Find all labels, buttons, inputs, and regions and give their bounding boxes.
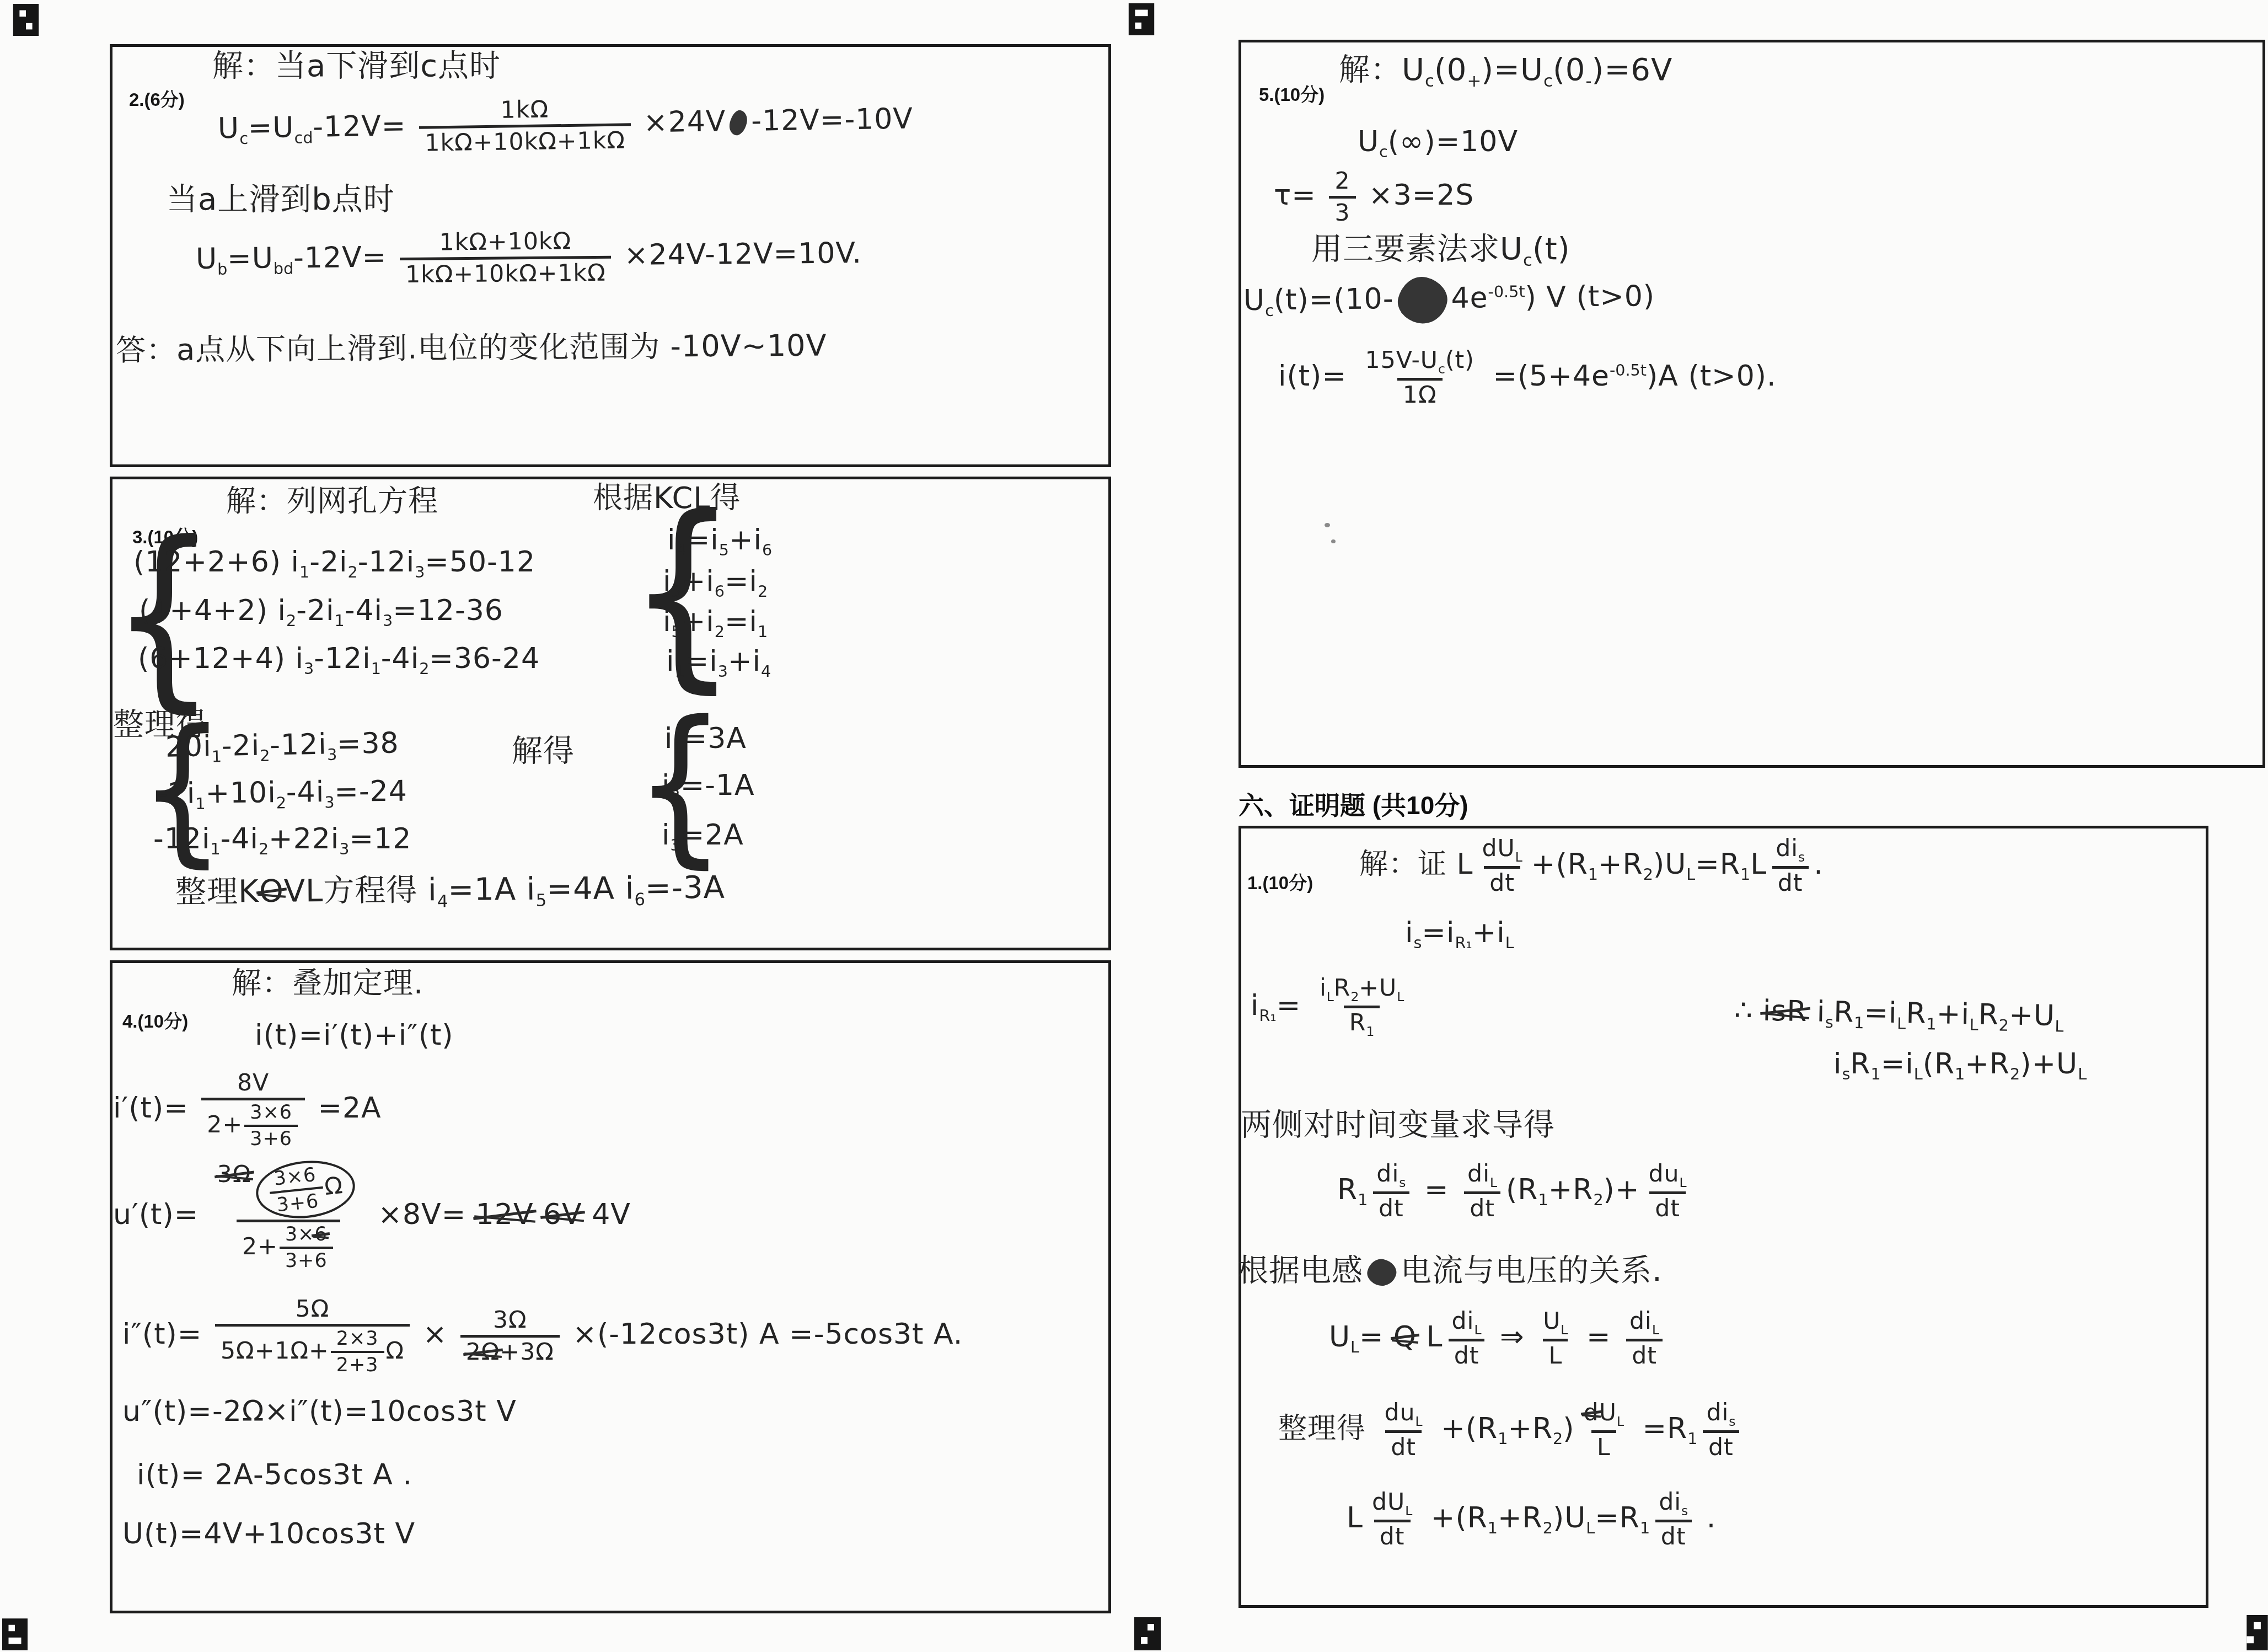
ink-scribble <box>728 109 750 137</box>
question-4-label: 4.(10分) <box>122 1007 188 1033</box>
q5-line-6: i(t)= 15V-Uc(t)1Ω =(5+4e-0.5t)A (t>0). <box>1278 347 1777 408</box>
q4-line-3: i′(t)= 8V2+3×63+6 =2A <box>113 1070 382 1150</box>
q2-line-2: Uc=Ucd-12V= 1kΩ1kΩ+10kΩ+1kΩ ×24V-12V=-10… <box>217 92 913 159</box>
section-heading: 六、证明题 (共10分) <box>1238 785 1468 822</box>
q3-kcl-eq-4: i1=i3+i4 <box>666 645 771 681</box>
proof-question-label: 1.(10分) <box>1247 869 1313 895</box>
proof-line-3-right-2: isR1=iL(R1+R2)+UL <box>1833 1048 2087 1083</box>
answer-box-q4 <box>110 960 1111 1613</box>
q3-simplified-eq-3: -12i1-4i2+22i3=12 <box>153 823 411 858</box>
q4-header: 解：叠加定理. <box>232 966 423 1001</box>
q4-line-6: u″(t)=-2Ω×i″(t)=10cos3t V <box>122 1396 517 1429</box>
proof-line-3-right: ∴ isR isR1=iLR1+iLR2+UL <box>1734 995 2064 1036</box>
q3-mesh-eq-3: (6+12+4) i3-12i1-4i2=36-24 <box>138 643 540 678</box>
q5-line-4: 用三要素法求Uc(t) <box>1311 232 1570 271</box>
q2-line-4: Ub=Ubd-12V= 1kΩ+10kΩ1kΩ+10kΩ+1kΩ ×24V-12… <box>196 226 862 290</box>
q3-kcl-eq-3: i5+i2=i1 <box>663 606 768 641</box>
question-2-label: 2.(6分) <box>129 85 185 111</box>
scanned-exam-page: 六、证明题 (共10分) 2.(6分) 解：当a下滑到c点时 Uc=Ucd-12… <box>0 0 2268 1652</box>
q4-line-4: u′(t)= 3Ω3×63+6Ω2+3×63+6 ×8V= 12V 6V 4V <box>113 1161 631 1272</box>
fiducial-marker-bottom-center <box>1134 1617 1161 1650</box>
q3-simplified-eq-2: -2i1+10i2-4i3=-24 <box>157 776 408 814</box>
q3-solution-i2: i2=-1A <box>662 769 755 805</box>
scan-speckle <box>1331 539 1336 543</box>
q3-kcl-eq-1: i4=i5+i6 <box>667 524 772 559</box>
proof-line-4: 两侧对时间变量求导得 <box>1241 1108 1555 1143</box>
ink-scribble <box>1393 272 1451 328</box>
fiducial-marker-bottom-right <box>2246 1615 2268 1650</box>
q2-line-3: 当a上滑到b点时 <box>167 182 395 217</box>
q3-header: 解：列网孔方程 <box>226 484 438 518</box>
proof-line-5: R1disdt = diLdt(R1+R2)+duLdt <box>1337 1161 1696 1222</box>
q3-kvl-result-line: 整理KOVL方程得 i4=1A i5=4A i6=-3A <box>175 870 726 914</box>
q3-solve-label: 解得 <box>512 734 575 769</box>
question-5-label: 5.(10分) <box>1259 81 1325 106</box>
proof-line-2: is=iR₁+iL <box>1405 917 1514 952</box>
q3-solution-i3: i3=2A <box>662 819 744 854</box>
q5-line-3: τ= 23 ×3=2S <box>1274 168 1474 226</box>
fiducial-marker-top-center <box>1126 3 1157 35</box>
q3-mesh-eq-2: (4+4+2) i2-2i1-4i3=12-36 <box>139 595 503 630</box>
q5-line-2: Uc(∞)=10V <box>1358 126 1518 161</box>
proof-line-1: 解：证 LdULdt+(R1+R2)UL=R1Ldisdt. <box>1359 836 1824 896</box>
proof-line-7: UL= Q LdiLdt ⇒ ULL = diLdt <box>1329 1308 1668 1369</box>
q5-line-1: 解：Uc(0+)=Uc(0-)=6V <box>1339 52 1672 92</box>
scan-speckle <box>1325 523 1330 527</box>
fiducial-marker-bottom-left <box>2 1618 28 1650</box>
q2-line-1: 解：当a下滑到c点时 <box>212 49 501 84</box>
q2-line-5: 答：a点从下向上滑到.电位的变化范围为 -10V~10V <box>116 328 827 367</box>
proof-line-6: 根据电感电流与电压的关系. <box>1237 1253 1663 1289</box>
fiducial-marker-top-left <box>11 4 41 36</box>
q5-line-5: Uc(t)=(10-4e-0.5t) V (t>0) <box>1243 275 1655 325</box>
q4-line-5: i″(t)= 5Ω5Ω+1Ω+2×32+3Ω × 3Ω2Ω+3Ω ×(-12co… <box>122 1296 963 1376</box>
q3-solution-i1: i1=3A <box>664 723 747 758</box>
proof-line-3: iR₁= iLR2+ULR1 <box>1251 975 1413 1039</box>
proof-line-9: LdULdt +(R1+R2)UL=R1disdt . <box>1347 1489 1716 1550</box>
q4-line-2: i(t)=i′(t)+i″(t) <box>255 1019 454 1052</box>
q4-line-8: U(t)=4V+10cos3t V <box>122 1518 415 1551</box>
q4-line-7: i(t)= 2A-5cos3t A . <box>137 1459 412 1492</box>
q3-simplified-eq-1: 20i1-2i2-12i3=38 <box>165 727 399 767</box>
ink-scribble <box>1365 1256 1399 1289</box>
proof-line-8: 整理得 duLdt +(R1+R2)dULL =R1disdt <box>1278 1400 1745 1461</box>
q3-mesh-eq-1: (12+2+6) i1-2i2-12i3=50-12 <box>133 546 535 581</box>
q3-kcl-eq-2: i3+i6=i2 <box>663 565 768 601</box>
